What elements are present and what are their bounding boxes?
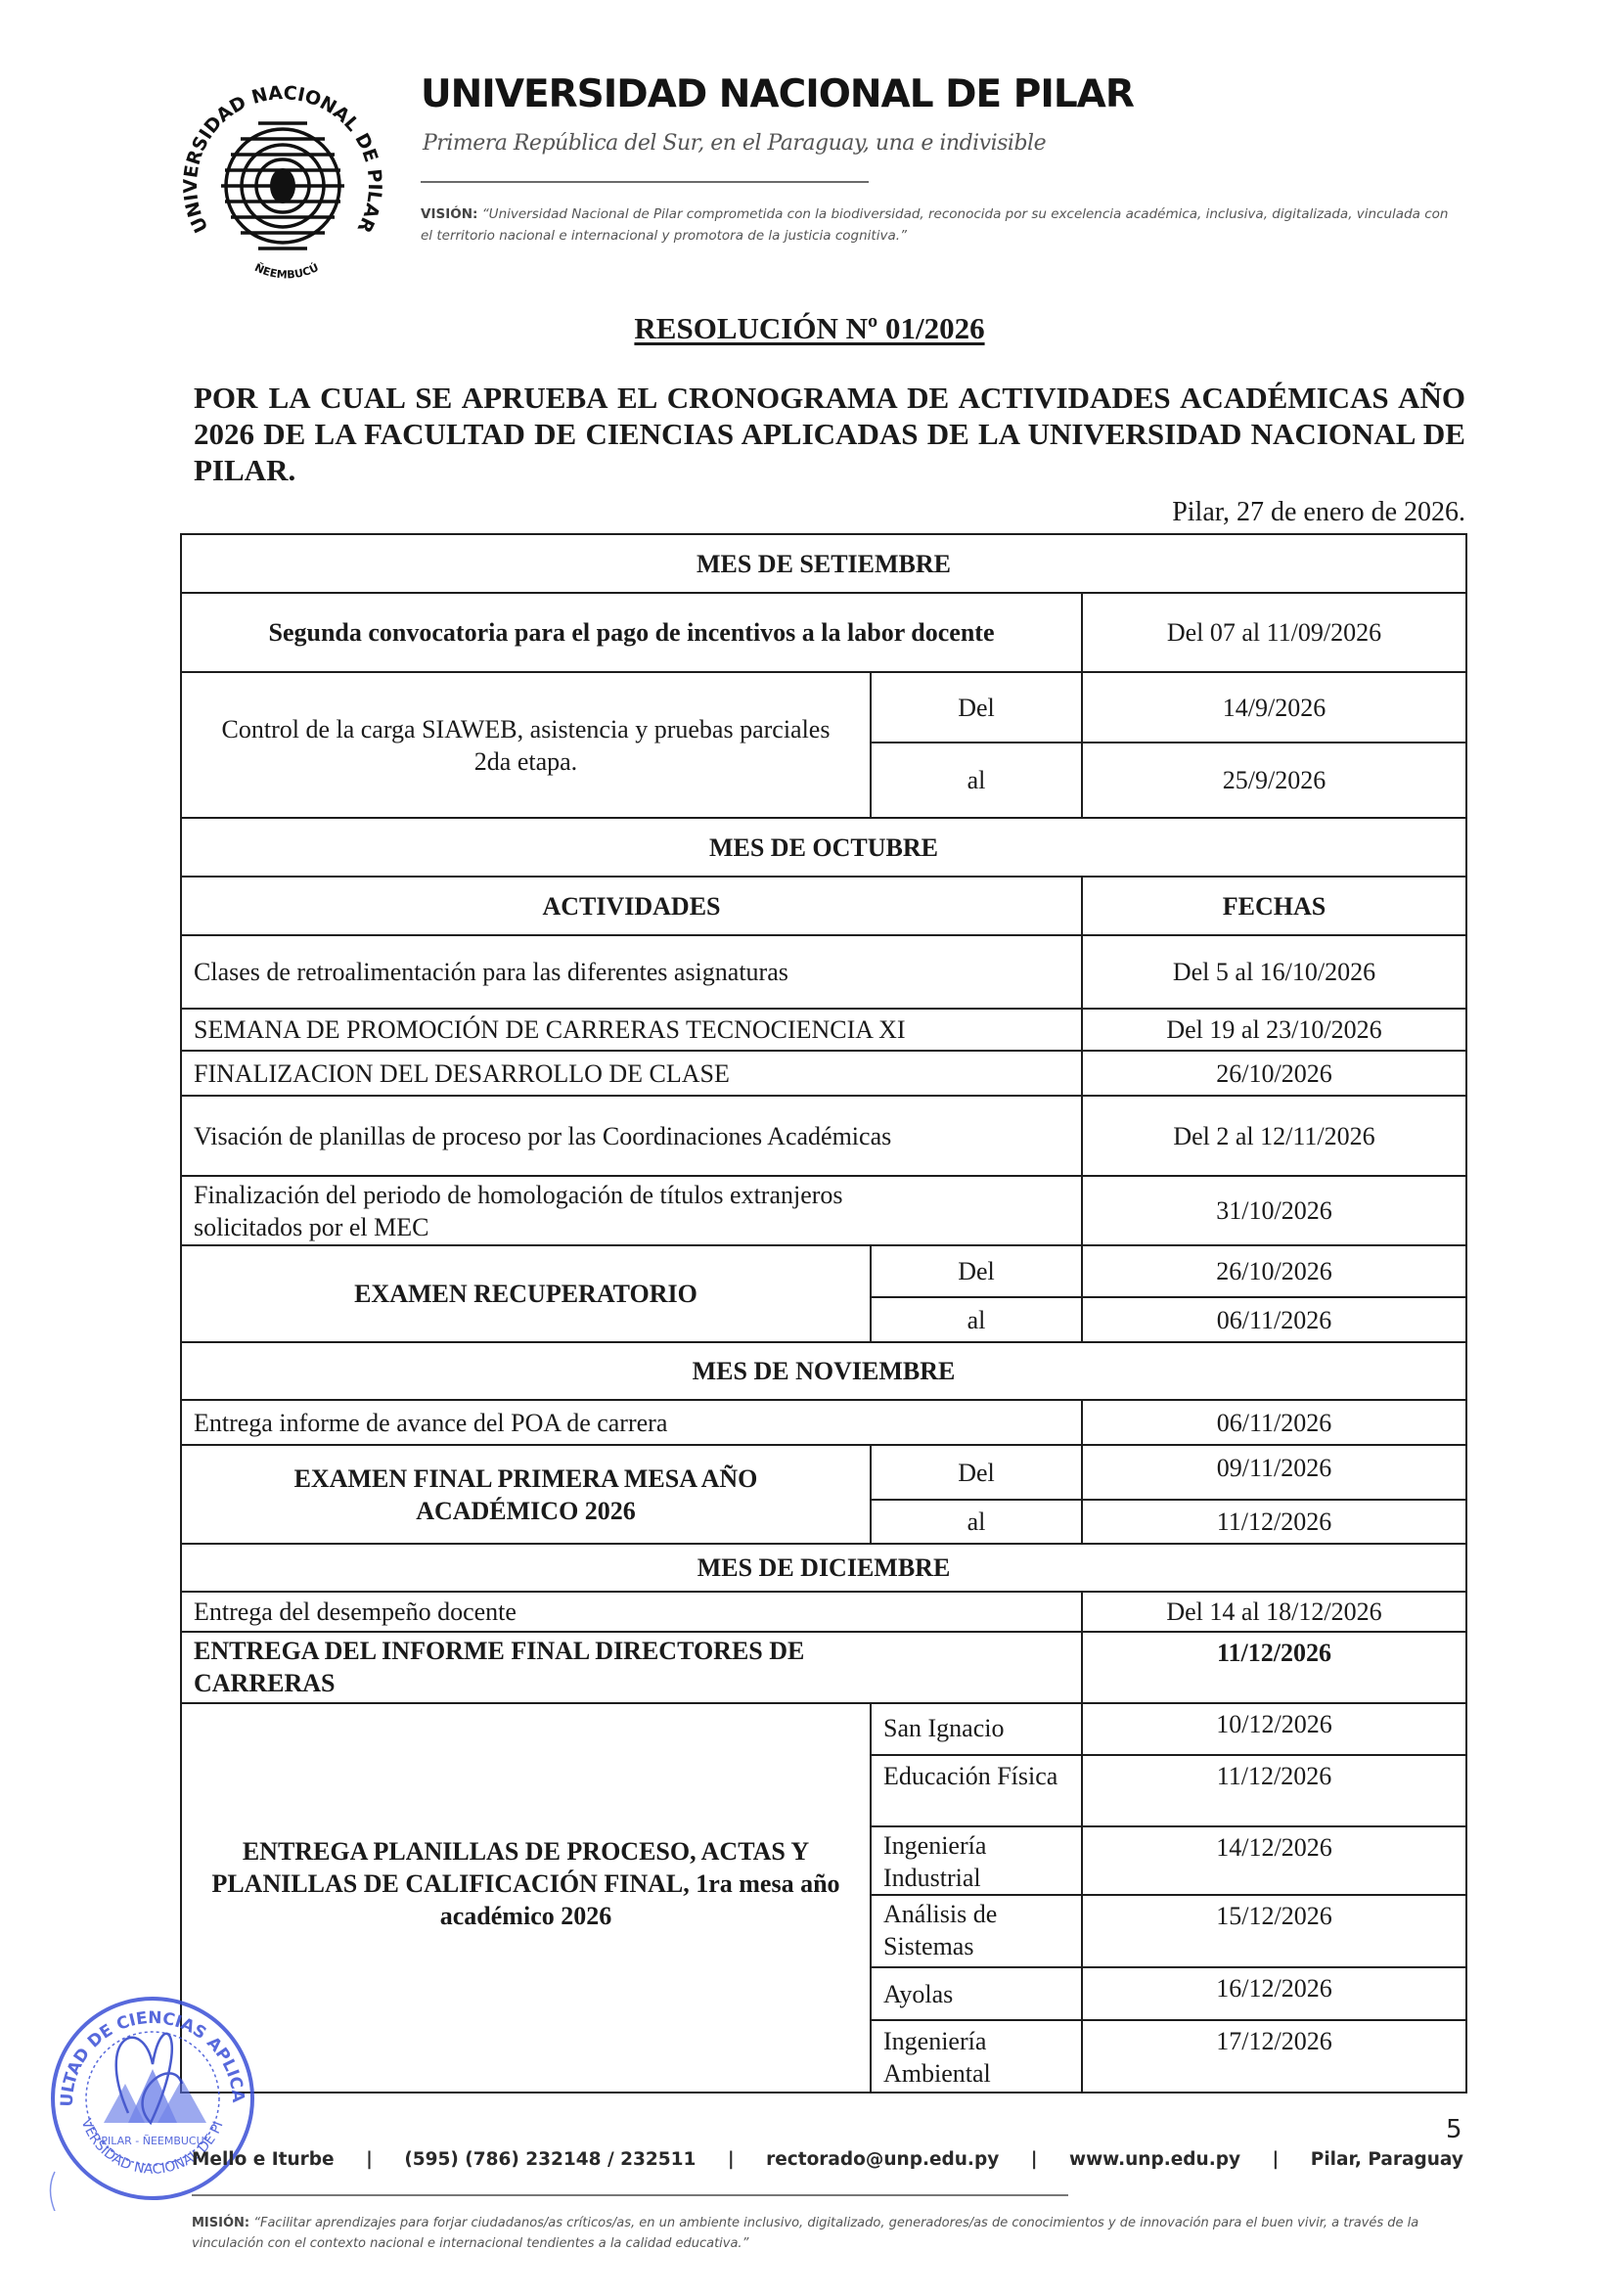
date-cell: Del 5 al 16/10/2026 [1081, 934, 1467, 1010]
date-cell: Del 14 al 18/12/2026 [1081, 1591, 1467, 1633]
date-cell: 26/10/2026 [1081, 1050, 1467, 1097]
mission-text: “Facilitar aprendizajes para forjar ciud… [192, 2216, 1418, 2251]
date-cell: 16/12/2026 [1081, 1966, 1467, 2021]
to-label: al [870, 742, 1083, 819]
date-cell: 11/12/2026 [1081, 1499, 1467, 1545]
month-header-octubre: MES DE OCTUBRE [180, 817, 1467, 878]
activity-cell: Visación de planillas de proceso por las… [180, 1095, 1083, 1177]
mission-statement: MISIÓN: “Facilitar aprendizajes para for… [192, 2213, 1463, 2254]
university-motto: Primera República del Sur, en el Paragua… [423, 131, 1046, 156]
to-label: al [870, 1499, 1083, 1545]
date-cell: 17/12/2026 [1081, 2019, 1467, 2093]
career-cell: Ingeniería Industrial [870, 1825, 1083, 1896]
to-label: al [870, 1296, 1083, 1343]
date-cell: Del 2 al 12/11/2026 [1081, 1095, 1467, 1177]
date-cell: 26/10/2026 [1081, 1244, 1467, 1298]
footer-phone: (595) (786) 232148 / 232511 [404, 2149, 696, 2170]
seal-bottom-text: ÑEEMBUCÚ [252, 261, 321, 282]
vision-text: “Universidad Nacional de Pilar compromet… [421, 206, 1448, 244]
resolution-date: Pilar, 27 de enero de 2026. [1172, 497, 1465, 528]
date-cell: 15/12/2026 [1081, 1894, 1467, 1968]
university-name: UNIVERSIDAD NACIONAL DE PILAR [421, 72, 1134, 116]
mission-label: MISIÓN: [192, 2216, 249, 2230]
month-header-diciembre: MES DE DICIEMBRE [180, 1543, 1467, 1593]
career-cell: Ingeniería Ambiental [870, 2019, 1083, 2093]
date-cell: 10/12/2026 [1081, 1702, 1467, 1756]
footer-separator: | [728, 2149, 735, 2170]
activity-cell: Clases de retroalimentación para las dif… [180, 934, 1083, 1010]
activity-cell: ENTREGA DEL INFORME FINAL DIRECTORES DE … [180, 1631, 1083, 1704]
footer-location: Pilar, Paraguay [1311, 2149, 1463, 2170]
date-cell: 31/10/2026 [1081, 1175, 1467, 1246]
month-header-noviembre: MES DE NOVIEMBRE [180, 1341, 1467, 1401]
date-cell: Del 19 al 23/10/2026 [1081, 1008, 1467, 1052]
stamp-center-text: PILAR - ÑEEMBUCU [101, 2135, 203, 2147]
career-cell: Análisis de Sistemas [870, 1894, 1083, 1968]
footer-contacts: Mello e Iturbe | (595) (786) 232148 / 23… [192, 2149, 1463, 2170]
activity-cell: Entrega del desempeño docente [180, 1591, 1083, 1633]
from-label: Del [870, 671, 1083, 743]
month-header-septiembre: MES DE SETIEMBRE [180, 533, 1467, 594]
footer-divider [192, 2194, 1068, 2196]
footer-separator: | [366, 2149, 373, 2170]
university-seal-icon: UNIVERSIDAD NACIONAL DE PILAR ÑEEMBUCÚ [174, 76, 409, 292]
activity-cell: Finalización del periodo de homologación… [180, 1175, 1083, 1246]
from-label: Del [870, 1444, 1083, 1501]
vision-statement: VISIÓN: “Universidad Nacional de Pilar c… [421, 203, 1458, 247]
footer-website[interactable]: www.unp.edu.py [1069, 2149, 1240, 2170]
footer-email[interactable]: rectorado@unp.edu.py [766, 2149, 999, 2170]
date-cell: 14/9/2026 [1081, 671, 1467, 743]
resolution-subject: POR LA CUAL SE APRUEBA EL CRONOGRAMA DE … [194, 380, 1465, 488]
activity-cell-planillas: ENTREGA PLANILLAS DE PROCESO, ACTAS Y PL… [180, 1702, 872, 2093]
from-label: Del [870, 1244, 1083, 1298]
activity-cell: Control de la carga SIAWEB, asistencia y… [180, 671, 872, 819]
activity-cell: Segunda convocatoria para el pago de inc… [180, 592, 1083, 673]
date-cell: 06/11/2026 [1081, 1296, 1467, 1343]
resolution-title: RESOLUCIÓN Nº 01/2026 [0, 311, 1619, 346]
date-cell: Del 07 al 11/09/2026 [1081, 592, 1467, 673]
vision-label: VISIÓN: [421, 206, 477, 222]
header-divider [421, 181, 869, 183]
svg-text:ÑEEMBUCÚ: ÑEEMBUCÚ [252, 261, 321, 282]
resolution-number: RESOLUCIÓN Nº 01/2026 [634, 311, 984, 345]
date-cell: 25/9/2026 [1081, 742, 1467, 819]
column-header-dates: FECHAS [1081, 876, 1467, 936]
page-number: 5 [1446, 2115, 1462, 2144]
column-header-activities: ACTIVIDADES [180, 876, 1083, 936]
date-cell: 11/12/2026 [1081, 1631, 1467, 1704]
footer-separator: | [1273, 2149, 1280, 2170]
footer-address: Mello e Iturbe [192, 2149, 335, 2170]
career-cell: San Ignacio [870, 1702, 1083, 1756]
activity-cell: SEMANA DE PROMOCIÓN DE CARRERAS TECNOCIE… [180, 1008, 1083, 1052]
activity-cell: FINALIZACION DEL DESARROLLO DE CLASE [180, 1050, 1083, 1097]
footer-separator: | [1031, 2149, 1038, 2170]
date-cell: 09/11/2026 [1081, 1444, 1467, 1501]
career-cell: Ayolas [870, 1966, 1083, 2021]
date-cell: 06/11/2026 [1081, 1399, 1467, 1446]
activity-cell: Entrega informe de avance del POA de car… [180, 1399, 1083, 1446]
date-cell: 11/12/2026 [1081, 1754, 1467, 1827]
activity-cell: EXAMEN RECUPERATORIO [180, 1244, 872, 1343]
career-cell: Educación Física [870, 1754, 1083, 1827]
activity-cell: EXAMEN FINAL PRIMERA MESA AÑO ACADÉMICO … [180, 1444, 872, 1545]
date-cell: 14/12/2026 [1081, 1825, 1467, 1896]
faculty-seal-stamp-icon: FACULTAD DE CIENCIAS APLICADAS UNIVERSID… [35, 1976, 270, 2211]
